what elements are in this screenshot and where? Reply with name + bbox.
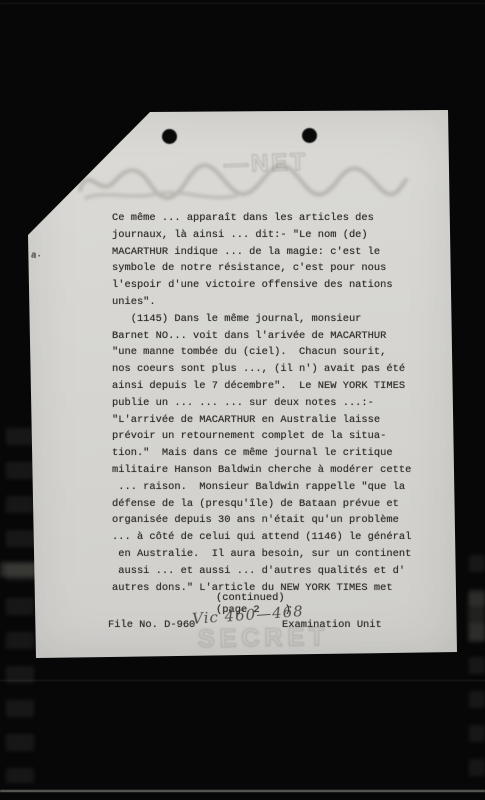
typewritten-line: ... raison. Monsieur Baldwin rappelle "q… (112, 479, 452, 496)
typewritten-line: "L'arrivée de MACARTHUR en Australie lai… (112, 412, 452, 429)
film-frame-line (0, 790, 485, 792)
typewritten-line: défense de la (presqu'île) de Bataan pré… (112, 496, 452, 513)
margin-pencil-mark: a· (30, 250, 42, 261)
typewritten-line: l'espoir d'une victoire offensive des na… (112, 277, 452, 294)
typewritten-line: (1145) Dans le même journal, monsieur (112, 311, 452, 328)
microfilm-frame: —NET SECRET a· Ce même ... apparaît dans… (0, 0, 485, 800)
typewritten-line: nos coeurs sont plus ..., (il n') avait … (112, 361, 452, 378)
typewritten-line: en Australie. Il aura besoin, sur un con… (112, 546, 452, 563)
scanned-document-page: —NET SECRET a· Ce même ... apparaît dans… (28, 110, 457, 658)
examination-unit-label: Examination Unit (282, 619, 382, 631)
film-sprocket-strip-left (6, 428, 34, 783)
typewritten-line: tion." Mais dans ce même journal le crit… (112, 445, 452, 462)
continued-note: (continued) (216, 592, 285, 604)
punch-hole (162, 129, 177, 144)
secret-stamp-fragment: —NET (224, 149, 309, 180)
film-scratch-line (0, 3, 485, 4)
typewritten-line: organisée depuis 30 ans n'était qu'un pr… (112, 512, 452, 529)
typewritten-line: prévoir un retournement complet de la si… (112, 428, 452, 445)
typewritten-line: publie un ... ... ... sur deux notes ...… (112, 395, 452, 412)
film-scratch-line (0, 680, 485, 681)
punch-hole (302, 128, 317, 143)
typewritten-line: ... à côté de celui qui attend (1146) le… (112, 529, 452, 546)
typewritten-line: unies". (112, 294, 452, 311)
typewritten-line: "une manne tombée du (ciel). Chacun sour… (112, 344, 452, 361)
typewritten-line: aussi ... et aussi ... d'autres qualités… (112, 563, 452, 580)
typewritten-line: Barnet NO... voit dans l'arivée de MACAR… (112, 328, 452, 345)
typewritten-line: Ce même ... apparaît dans les articles d… (112, 210, 452, 227)
film-sprocket-strip-right (469, 555, 485, 790)
typewritten-line: militaire Hanson Baldwin cherche à modér… (112, 462, 452, 479)
file-number: File No. D-960 (108, 619, 195, 631)
typewritten-line: MACARTHUR indique ... de la magie: c'est… (112, 244, 452, 261)
typewritten-line: ainsi depuis le 7 décembre". Le NEW YORK… (112, 378, 452, 395)
typewritten-line: journaux, là ainsi ... dit:- "Le nom (de… (112, 227, 452, 244)
film-corner-smudge (468, 592, 485, 642)
film-edge-smudge (0, 562, 38, 577)
typewritten-line: symbole de notre résistance, c'est pour … (112, 260, 452, 277)
typewritten-body: Ce même ... apparaît dans les articles d… (112, 210, 452, 596)
